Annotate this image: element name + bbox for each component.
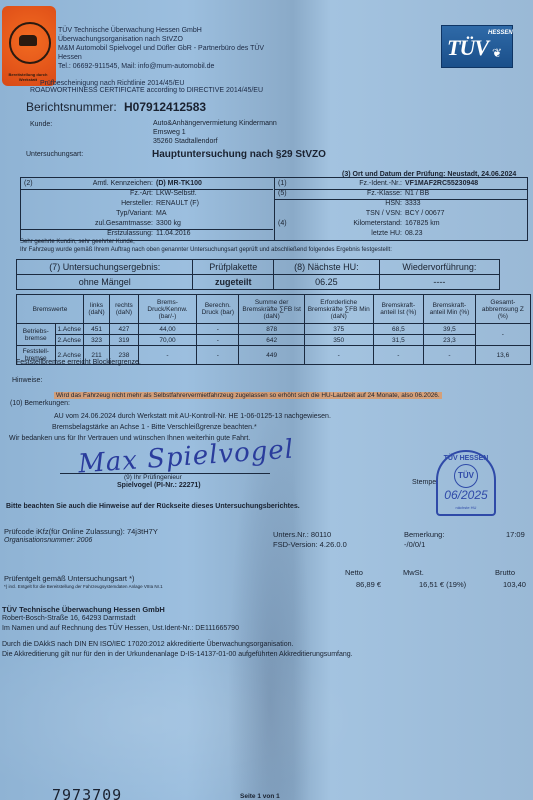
signature-role: (9) Ihr Prüfingenieur (124, 474, 182, 481)
field-value: LKW-Selbstf. (156, 189, 197, 199)
serial-number: 7973709 (52, 786, 122, 800)
brutto-value: 103,40 (503, 580, 526, 589)
footer-address: Robert-Bosch-Straße 16, 64293 Darmstadt (2, 615, 135, 622)
footer-accreditation-2: Die Akkreditierung gilt nur für den in d… (2, 651, 353, 658)
field-label: Fz.-Klasse: (367, 189, 402, 199)
brake-cell-berechn: - (197, 324, 239, 335)
brake-header: Brems-Druck/Kennw. (bar/-) (138, 295, 196, 324)
footer-accreditation-1: Durch die DAkkS nach DIN EN ISO/IEC 1702… (2, 641, 293, 648)
field-value: RENAULT (F) (156, 199, 199, 209)
fsd-version: FSD-Version: 4.26.0.0 (273, 540, 347, 549)
brake-cell-ist: - (373, 346, 423, 365)
brake-cell-druck: 44,00 (138, 324, 196, 335)
brake-cell-min: 23,3 (424, 335, 476, 346)
brake-cell-rechts: 319 (110, 335, 139, 346)
field-value: 08.23 (405, 229, 423, 239)
report-number-label: Berichtsnummer: (26, 100, 117, 114)
field-label: Amtl. Kennzeichen: (93, 179, 153, 189)
brake-header: Gesamt-abbremsung Z (%) (475, 295, 530, 324)
brake-row: 2.Achse32331970,00-64235031,523,3 (17, 335, 531, 346)
exam-result: ohne Mängel (17, 275, 193, 290)
brake-header: rechts (daN) (110, 295, 139, 324)
brake-header: Bremskraft-anteil Min (%) (424, 295, 476, 324)
org-line-3: M&M Automobil Spielvogel und Düfler GbR … (58, 45, 264, 52)
next-hu: 06.25 (274, 275, 380, 290)
brake-header: links (daN) (84, 295, 110, 324)
report-number: H07912412583 (124, 100, 206, 114)
inspector-name: Spielvogel (PI-Nr.: 22271) (117, 482, 201, 489)
field-value: 11.04.2016 (156, 229, 191, 239)
sticker-status: zugeteilt (193, 275, 274, 290)
vehicle-field: HSN:3333 (275, 199, 527, 209)
field-label: Fz.-Art: (130, 189, 153, 199)
remark-code-label: Bemerkung: (404, 530, 444, 539)
vehicle-field: Fz.-Art:LKW-Selbstf. (21, 189, 273, 199)
brake-cell-links: 451 (84, 324, 110, 335)
field-ref: (2) (24, 179, 33, 189)
brake-header: Berechn. Druck (bar) (197, 295, 239, 324)
field-label: TSN / VSN: (366, 209, 402, 219)
brake-cell-erf: - (304, 346, 373, 365)
vehicle-field: letzte HU:08.23 (275, 229, 527, 239)
field-value: MA (156, 209, 167, 219)
vehicle-field: Hersteller:RENAULT (F) (21, 199, 273, 209)
backside-note: Bitte beachten Sie auch die Hinweise auf… (6, 503, 300, 510)
field-value: 167825 km (405, 219, 440, 229)
fee-footnote: *) incl. Entgelt für die Bereitstellung … (4, 584, 163, 589)
field-label: Kilometerstand: (353, 219, 402, 229)
brake-cell-summe: 878 (239, 324, 304, 335)
customer-line-2: Emsweg 1 (153, 129, 186, 136)
stamp-arc-text: TÜV HESSEN (438, 455, 494, 462)
brake-note: Feststellbremse erreicht Blockiergrenze. (16, 359, 141, 366)
brake-cell-axle: 1.Achse (55, 324, 84, 335)
field-value: 3300 kg (156, 219, 181, 229)
netto-value: 86,89 € (356, 580, 381, 589)
stamp-label: Stempel (412, 479, 438, 486)
org-line-2: Überwachungsorganisation nach StVZO (58, 36, 183, 43)
notes-label: Hinweise: (12, 377, 42, 384)
tuv-stamp: TÜV HESSEN TÜV 06/2025 nächste HU (436, 450, 496, 516)
greeting: Sehr geehrte Kundin, sehr geehrter Kunde… (20, 239, 135, 245)
brake-header: Bremskraft-anteil Ist (%) (373, 295, 423, 324)
field-value: N1 / BB (405, 189, 429, 199)
result-header: (8) Nächste HU: (274, 260, 380, 275)
brutto-label: Brutto (495, 568, 515, 577)
field-value: VF1MAF2RC55230948 (405, 179, 478, 189)
field-value: (D) MR-TK100 (156, 179, 202, 189)
brake-cell-z: - (475, 324, 530, 346)
workshop-sticker: Bereitstellung durch Werkstatt (2, 6, 56, 86)
tuv-hessen-logo: TÜV HESSEN ❦ (441, 25, 513, 68)
vehicle-field: Typ/Variant:MA (21, 209, 273, 219)
brake-group: Betriebs-bremse (17, 324, 56, 346)
mwst-label: MwSt. (403, 568, 424, 577)
customer-label: Kunde: (30, 121, 52, 128)
brake-cell-ist: 68,5 (373, 324, 423, 335)
field-ref: (5) (278, 189, 287, 199)
org-number: Organisationsnummer: 2006 (4, 537, 92, 544)
brake-cell-ist: 31,5 (373, 335, 423, 346)
org-line-1: TÜV Technische Überwachung Hessen GmbH (58, 27, 202, 34)
brake-header: Summe der Bremskräfte ∑FB Ist (daN) (239, 295, 304, 324)
org-line-4: Hessen (58, 54, 82, 61)
brake-cell-min: - (424, 346, 476, 365)
exam-type-label: Untersuchungsart: (26, 151, 83, 158)
remark-line-1: AU vom 24.06.2024 durch Werkstatt mit AU… (54, 413, 331, 420)
brake-header: Erforderliche Bremskräfte ∑FB Min (daN) (304, 295, 373, 324)
field-ref: (1) (278, 179, 287, 189)
netto-label: Netto (345, 568, 363, 577)
brake-cell-z: 13,6 (475, 346, 530, 365)
brake-cell-berechn: - (197, 335, 239, 346)
brake-cell-erf: 350 (304, 335, 373, 346)
field-label: letzte HU: (371, 229, 402, 239)
result-table: (7) Untersuchungsergebnis: Prüfplakette … (16, 259, 500, 290)
fee-label: Prüfentgelt gemäß Untersuchungsart *) (4, 574, 134, 583)
intro-text: Ihr Fahrzeug wurde gemäß Ihrem Auftrag n… (20, 247, 392, 253)
reinspection: ---- (379, 275, 499, 290)
brake-cell-min: 39,5 (424, 324, 476, 335)
vehicle-field: Erstzulassung:11.04.2016 (21, 229, 273, 239)
remark-line-2: Bremsbelagstärke an Achse 1 - Bitte Vers… (52, 424, 257, 431)
brake-row: Betriebs-bremse1.Achse45142744,00-878375… (17, 324, 531, 335)
brake-cell-summe: 642 (239, 335, 304, 346)
notes-highlight: Wird das Fahrzeug nicht mehr als Selbstf… (54, 392, 442, 399)
brake-cell-druck: - (138, 346, 196, 365)
footer-behalf: Im Namen und auf Rechnung des TÜV Hessen… (2, 625, 239, 632)
field-label: Erstzulassung: (107, 229, 153, 239)
mwst-value: 16,51 € (19%) (419, 580, 466, 589)
customer-line-3: 35260 Stadtallendorf (153, 138, 218, 145)
logo-main: TÜV (447, 35, 488, 61)
brake-cell-erf: 375 (304, 324, 373, 335)
org-contact: Tel.: 06692-911545, Mail: info@mum-autom… (58, 63, 214, 70)
field-ref: (4) (278, 219, 287, 229)
page-indicator: Seite 1 von 1 (240, 793, 280, 800)
exam-time: 17:09 (506, 530, 525, 539)
remarks-label: (10) Bemerkungen: (10, 400, 70, 407)
brake-cell-summe: 449 (239, 346, 304, 365)
vehicle-data-box: (2)Amtl. Kennzeichen:(D) MR-TK100Fz.-Art… (20, 177, 528, 241)
brake-cell-rechts: 427 (110, 324, 139, 335)
vehicle-field: (4)Kilometerstand:167825 km (275, 219, 527, 229)
field-label: Typ/Variant: (116, 209, 153, 219)
footer-company: TÜV Technische Überwachung Hessen GmbH (2, 605, 165, 614)
cert-line-en: ROADWORTHINESS CERTIFICATE according to … (30, 87, 263, 94)
field-label: Hersteller: (121, 199, 153, 209)
field-label: Fz.-Ident.-Nr.: (359, 179, 402, 189)
exam-type: Hauptuntersuchung nach §29 StVZO (152, 149, 326, 160)
brake-cell-links: 323 (84, 335, 110, 346)
result-header: (7) Untersuchungsergebnis: (17, 260, 193, 275)
brake-cell-druck: 70,00 (138, 335, 196, 346)
customer-line-1: Auto&Anhängervermietung Kindermann (153, 120, 277, 127)
logo-sub: HESSEN (488, 30, 513, 36)
result-header: Prüfplakette (193, 260, 274, 275)
stamp-center: TÜV (454, 464, 478, 488)
brake-values-table: Bremswertelinks (daN)rechts (daN)Brems-D… (16, 294, 531, 365)
brake-header: Bremswerte (17, 295, 84, 324)
remark-code: -/0/0/1 (404, 540, 425, 549)
vehicle-field: TSN / VSN:BCY / 00677 (275, 209, 527, 219)
field-label: HSN: (385, 199, 402, 209)
exam-number: Unters.Nr.: 80110 (273, 530, 331, 539)
cert-line-de: Prüfbescheinigung nach Richtlinie 2014/4… (40, 80, 184, 87)
lion-icon: ❦ (492, 46, 502, 60)
result-header: Wiedervorführung: (379, 260, 499, 275)
stamp-bottom: nächste HU (438, 505, 494, 510)
field-value: BCY / 00677 (405, 209, 445, 219)
stamp-date: 06/2025 (438, 488, 494, 502)
field-value: 3333 (405, 199, 421, 209)
brake-cell-axle: 2.Achse (55, 335, 84, 346)
brake-cell-berechn: - (197, 346, 239, 365)
field-label: zul.Gesamtmasse: (95, 219, 153, 229)
pruefcode: Prüfcode iKfz(für Online Zulassung): 74j… (4, 527, 158, 536)
car-icon (19, 35, 37, 46)
